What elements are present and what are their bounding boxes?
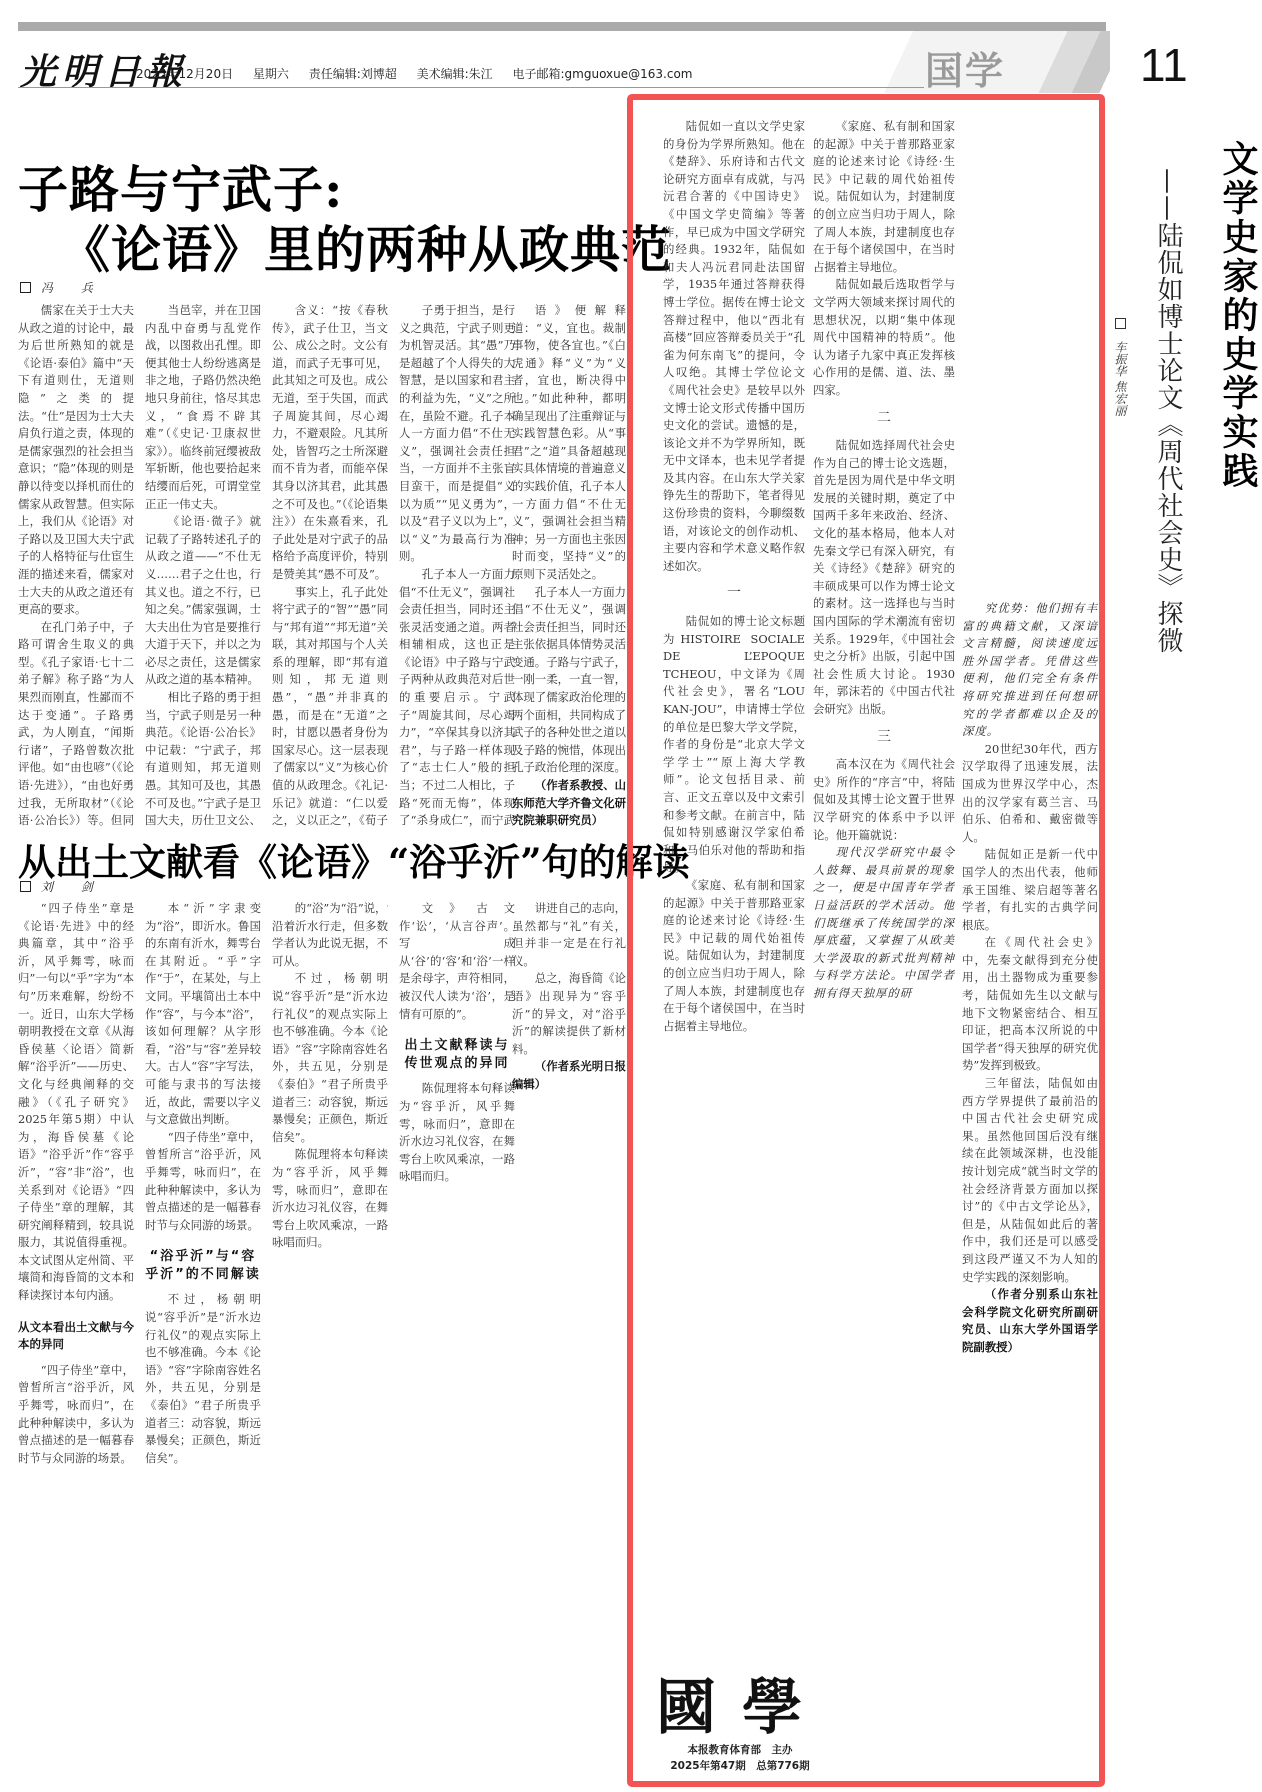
article3-title: 文学史家的史学实践 <box>1213 140 1262 491</box>
guoxue-issue-info: 本报教育体育部 主办 2025年第47期 总第776期 <box>660 1742 820 1774</box>
issue-weekday: 星期六 <box>253 67 289 81</box>
article2-column-4: 文》古文作‘讼’，‘从言谷声’。写成从‘谷’的‘容’和‘浴’一样是余母字，声符相… <box>399 900 515 1780</box>
article2-subheading-3: “浴乎沂”与“容乎沂”的不同解读 <box>145 1248 261 1283</box>
section-marker-1: 一 <box>663 585 805 603</box>
article1-column-4: 子勇于担当，是行义之典范，宁武子则更为机智灵活。其“愚”乃是超越了个人得失的大智… <box>399 302 515 830</box>
article2-column-2: 本“沂”字隶变为“浴”，即沂水。鲁国的东南有沂水，舞雩台在其附近。“乎”字作“于… <box>145 900 261 1780</box>
article3-quote: 现代汉学研究中最令人鼓舞、最具前景的现象之一，便是中国青年学者日益活跃的学术活动… <box>813 844 955 1002</box>
art-editor: 美术编辑:朱江 <box>417 67 493 81</box>
article1-column-5: 语》便解释道：“义，宜也。裁制事物，使各宜也。”《白虎通》释“义”为“义者，宜也… <box>512 302 626 830</box>
article3-author-note: （作者分别系山东社会科学院文化研究所副研究员、山东大学外国语学院副教授） <box>962 1286 1098 1356</box>
article3-column-1: 陆侃如一直以文学史家的身份为学界所熟知。他在《楚辞》、乐府诗和古代文论研究方面卓… <box>663 118 805 1648</box>
article1-column-3: 含义：“按《春秋传》，武子仕卫，当文公、成公之时。文公有道，而武子无事可见，此其… <box>272 302 388 830</box>
article2-byline: 刘 剑 <box>20 878 105 895</box>
article2-subheading-2: 出土文献释读与传世观点的异同 <box>399 1037 515 1072</box>
article3-column-3: 究优势：他们拥有丰富的典籍文献，又深谙文言精髓，阅读速度远胜外国学者。凭借这些便… <box>962 600 1098 1778</box>
page-number: 11 <box>1140 38 1188 92</box>
byline-box-icon <box>1115 318 1126 329</box>
byline-box-icon <box>20 881 31 892</box>
article3-column-2: 《家庭、私有制和国家的起源》中关于普那路亚家庭的论述来讨论《诗经·生民》中记载的… <box>813 118 955 1778</box>
top-gray-bar <box>18 22 1106 31</box>
article2-column-3: 的“浴”为“沿”说，“沿”即“沿”，沿着沂水行走，但多数学者认为此说无据，不可从… <box>272 900 388 1780</box>
article1-column-1: 儒家在关于士大夫从政之道的讨论中，最为后世所熟知的就是《论语·泰伯》篇中“天下有… <box>18 302 134 830</box>
article1-title-line2: 《论语》里的两种从政典范 <box>60 210 672 282</box>
section-marker-2: 二 <box>813 410 955 428</box>
responsible-editor: 责任编辑:刘博超 <box>309 67 397 81</box>
section-name: 国学 <box>925 40 1005 95</box>
masthead: 光明日報 2025年12月20日 星期六 责任编辑:刘博超 美术编辑:朱江 电子… <box>18 40 1248 90</box>
byline-box-icon <box>20 282 31 293</box>
section-marker-3: 三 <box>813 729 955 747</box>
article3-subtitle: ——陆侃如博士论文《周代社会史》探微 <box>1150 168 1187 654</box>
header-divider <box>18 87 924 88</box>
article2-column-5: 讲进自己的志向，虽然都与“礼”有关，但并非一定是在行礼仪。 总之，海昏简《论语》… <box>512 900 626 1780</box>
article2-subheading-1: 从文本看出土文献与今本的异同 <box>18 1319 134 1354</box>
article2-title: 从出土文献看《论语》“浴乎沂”句的解读 <box>18 832 690 886</box>
article1-author-note: （作者系教授、山东师范大学齐鲁文化研究院兼职研究员） <box>512 777 626 830</box>
guoxue-issue-number: 2025年第47期 总第776期 <box>660 1758 820 1774</box>
article1-column-2: 当邑宰，并在卫国内乱中奋勇与乱党作战，以图救出孔悝。即便其他士人纷纷逃离是非之地… <box>145 302 261 830</box>
article3-byline: 车振华 焦宏丽 <box>1112 318 1129 417</box>
guoxue-calligraphy-logo: 國學 <box>656 1660 828 1746</box>
guoxue-organizer: 本报教育体育部 主办 <box>660 1742 820 1758</box>
article2-column-1: “四子侍坐”章是《论语·先进》中的经典篇章，其中“浴乎沂，风乎舞雩，咏而归”一句… <box>18 900 134 1780</box>
article1-byline: 冯 兵 <box>20 279 105 296</box>
issue-date: 2025年12月20日 <box>136 67 233 81</box>
contact-email: 电子邮箱:gmguoxue@163.com <box>513 67 693 81</box>
article2-author-note: （作者系光明日报编辑） <box>512 1058 626 1093</box>
issue-meta: 2025年12月20日 星期六 责任编辑:刘博超 美术编辑:朱江 电子邮箱:gm… <box>136 65 709 82</box>
